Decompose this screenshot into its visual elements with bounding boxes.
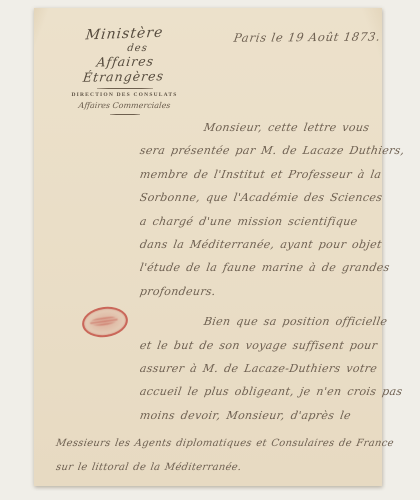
address-line: Messieurs les Agents diplomatiques et Co…: [54, 432, 388, 456]
body-line: membre de l'Institut et Professeur à la: [138, 163, 390, 186]
letterhead-divider-small: [110, 114, 140, 115]
letterhead: Ministère des Affaires Étrangères DIRECT…: [62, 26, 187, 118]
letterhead-direction: DIRECTION DES CONSULATS: [62, 92, 187, 98]
recipient-address: Messieurs les Agents diplomatiques et Co…: [54, 432, 384, 480]
body-line: dans la Méditerranée, ayant pour objet: [138, 233, 390, 256]
letterhead-divider: [97, 88, 153, 89]
letterhead-affaires-commerciales: Affaires Commerciales: [62, 101, 188, 110]
body-line: Bien que sa position officielle: [138, 310, 390, 333]
body-line: l'étude de la faune marine à de grandes: [138, 256, 390, 279]
letter-page: Ministère des Affaires Étrangères DIRECT…: [34, 8, 382, 486]
archive-stamp-illegible-text: [89, 315, 118, 327]
paragraph-1: Monsieur, cette lettre vous sera présent…: [138, 116, 386, 303]
paragraph-2: Bien que sa position officielle et le bu…: [138, 310, 386, 427]
body-line: accueil le plus obligeant, je n'en crois…: [138, 380, 390, 403]
body-line: Monsieur, cette lettre vous: [138, 116, 390, 139]
letterhead-ministere: Ministère: [61, 24, 188, 44]
body-line: profondeurs.: [138, 280, 390, 303]
dateline: Paris le 19 Août 1873.: [233, 29, 420, 45]
body-line: et le but de son voyage suffisent pour: [138, 334, 390, 357]
body-line: sera présentée par M. de Lacaze Duthiers…: [138, 139, 390, 162]
archive-stamp: [80, 304, 130, 340]
body-line: Sorbonne, que l'Académie des Sciences: [138, 186, 390, 209]
body-line: moins devoir, Monsieur, d'après le: [138, 404, 390, 427]
letterhead-affaires-etrangeres: Affaires Étrangères: [60, 53, 189, 85]
address-line: sur le littoral de la Méditerranée.: [54, 456, 388, 480]
body-line: a chargé d'une mission scientifique: [138, 210, 390, 233]
scan-background: Ministère des Affaires Étrangères DIRECT…: [0, 0, 420, 500]
body-line: assurer à M. de Lacaze-Duthiers votre: [138, 357, 390, 380]
letter-body: Monsieur, cette lettre vous sera présent…: [138, 116, 386, 427]
